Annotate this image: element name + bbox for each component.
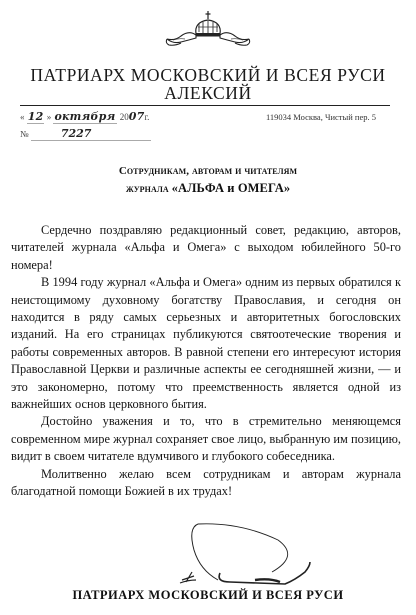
paragraph: Достойно уважения и то, что в стремитель…	[11, 413, 401, 465]
address-heading-line2: журнала «АЛЬФА и ОМЕГА»	[0, 180, 416, 198]
date-year-unit: г.	[144, 112, 149, 122]
number-value: 7227	[61, 127, 92, 140]
date-open-quote: «	[20, 112, 25, 122]
date-year-prefix: 20	[120, 112, 129, 122]
letter-body: Сердечно поздравляю редакционный совет, …	[11, 222, 401, 501]
paragraph: В 1994 году журнал «Альфа и Омега» одним…	[11, 274, 401, 413]
address-heading-line1: Сотрудникам, авторам и читателям	[0, 163, 416, 180]
letterhead-divider	[20, 105, 390, 106]
letterhead-name: АЛЕКСИЙ	[0, 83, 416, 103]
heading-journal-name: «АЛЬФА и ОМЕГА»	[172, 181, 291, 195]
date-field: « 12 » октября 2007г.	[20, 110, 149, 124]
document-number-field: № 7227	[20, 127, 151, 141]
paragraph: Сердечно поздравляю редакционный совет, …	[11, 222, 401, 274]
date-close-quote: »	[47, 112, 52, 122]
signature-mark	[160, 520, 330, 590]
address: 119034 Москва, Чистый пер. 5	[266, 112, 376, 122]
signatory-title: ПАТРИАРХ МОСКОВСКИЙ И ВСЕЯ РУСИ	[0, 588, 416, 603]
number-label: №	[20, 129, 29, 139]
date-day: 12	[28, 110, 44, 123]
date-year-suffix: 07	[129, 110, 145, 123]
heading-journal-prefix: журнала	[126, 183, 172, 195]
date-month: октября	[54, 110, 115, 123]
paragraph: Молитвенно желаю всем сотрудникам и авто…	[11, 466, 401, 501]
patriarch-emblem-icon	[163, 10, 253, 48]
letterhead-title: ПАТРИАРХ МОСКОВСКИЙ И ВСЕЯ РУСИ	[0, 65, 416, 85]
